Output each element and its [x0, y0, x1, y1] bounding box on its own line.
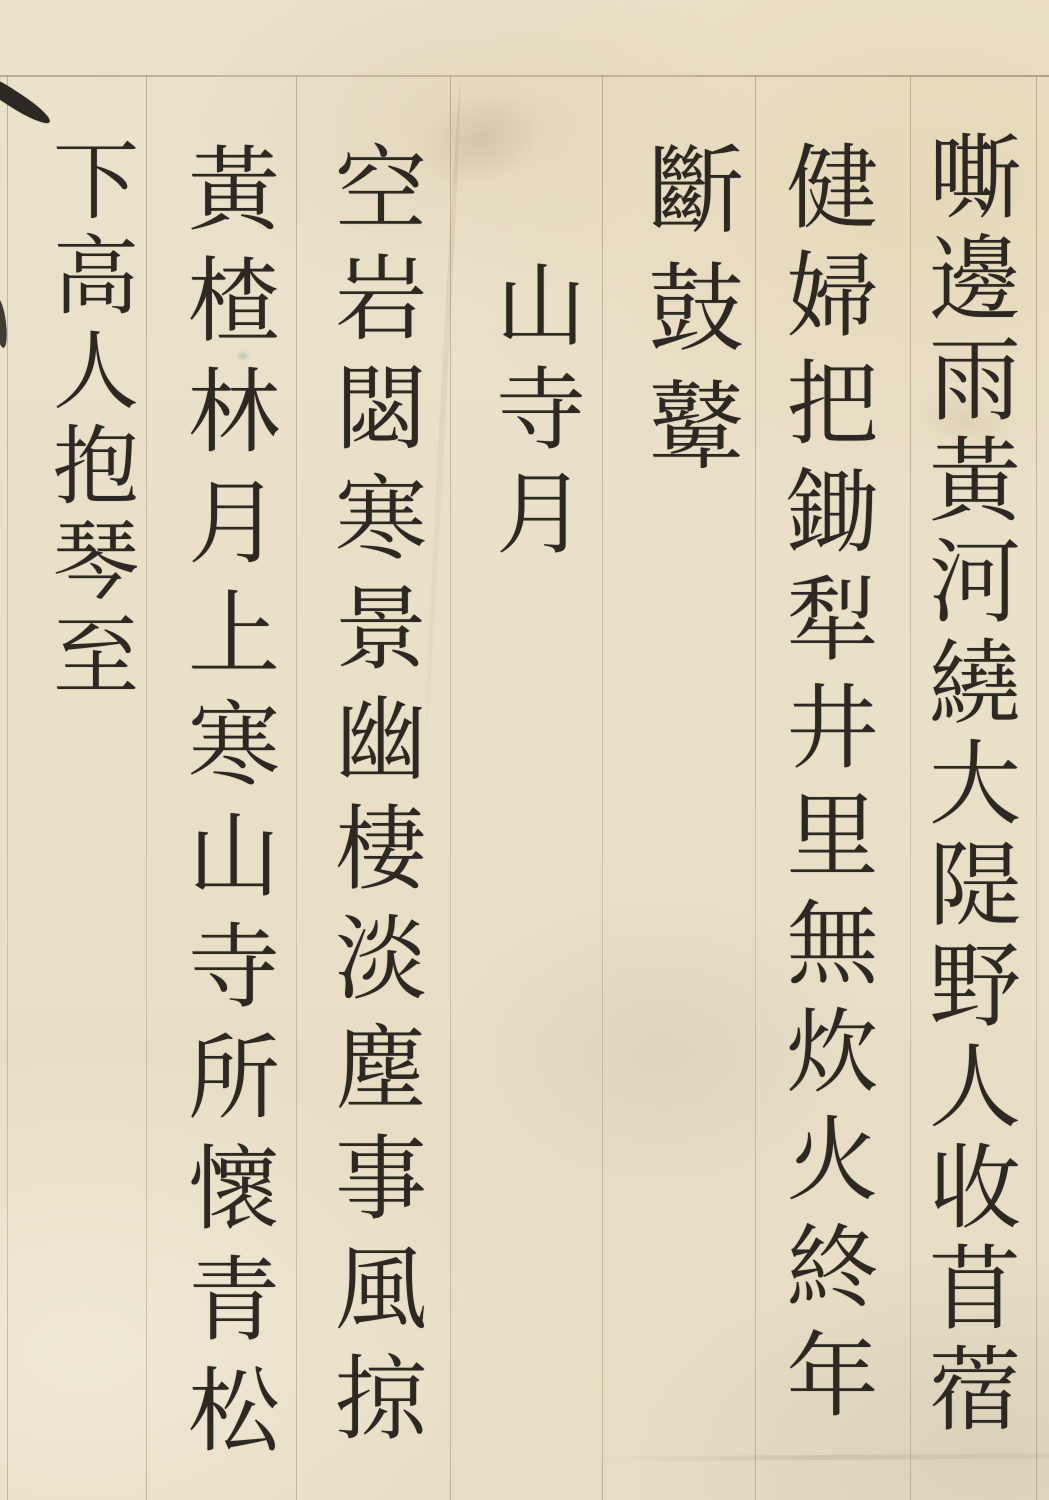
paper-crease	[600, 1453, 1049, 1461]
column-rule-line	[7, 76, 8, 1500]
text-column-5: 空岩閟寒景幽棲淡塵事風掠	[325, 135, 437, 1455]
top-rule-line	[0, 75, 1049, 77]
column-rule-line	[296, 76, 297, 1500]
text-column-3: 斷鼓鼙	[640, 132, 752, 486]
text-column-6: 黃楂林月上寒山寺所懷青松	[178, 135, 290, 1467]
text-column-2: 健婦把鋤犁井里無炊火終年	[775, 135, 890, 1431]
edge-ink-fragment	[0, 71, 54, 129]
manuscript-page: 嘶邊雨黃河繞大隄野人收苜蓿 健婦把鋤犁井里無炊火終年 斷鼓鼙 山寺月 空岩閟寒景…	[0, 0, 1049, 1500]
text-column-1: 嘶邊雨黃河繞大隄野人收苜蓿	[915, 128, 1035, 1441]
text-column-4-poem-title: 山寺月	[485, 255, 597, 567]
column-rule-line	[602, 76, 603, 1500]
column-rule-line	[910, 76, 911, 1500]
text-column-7: 下高人抱琴至	[40, 135, 152, 705]
column-rule-line	[450, 76, 451, 1500]
column-rule-line	[1036, 76, 1037, 1500]
column-rule-line	[755, 76, 756, 1500]
